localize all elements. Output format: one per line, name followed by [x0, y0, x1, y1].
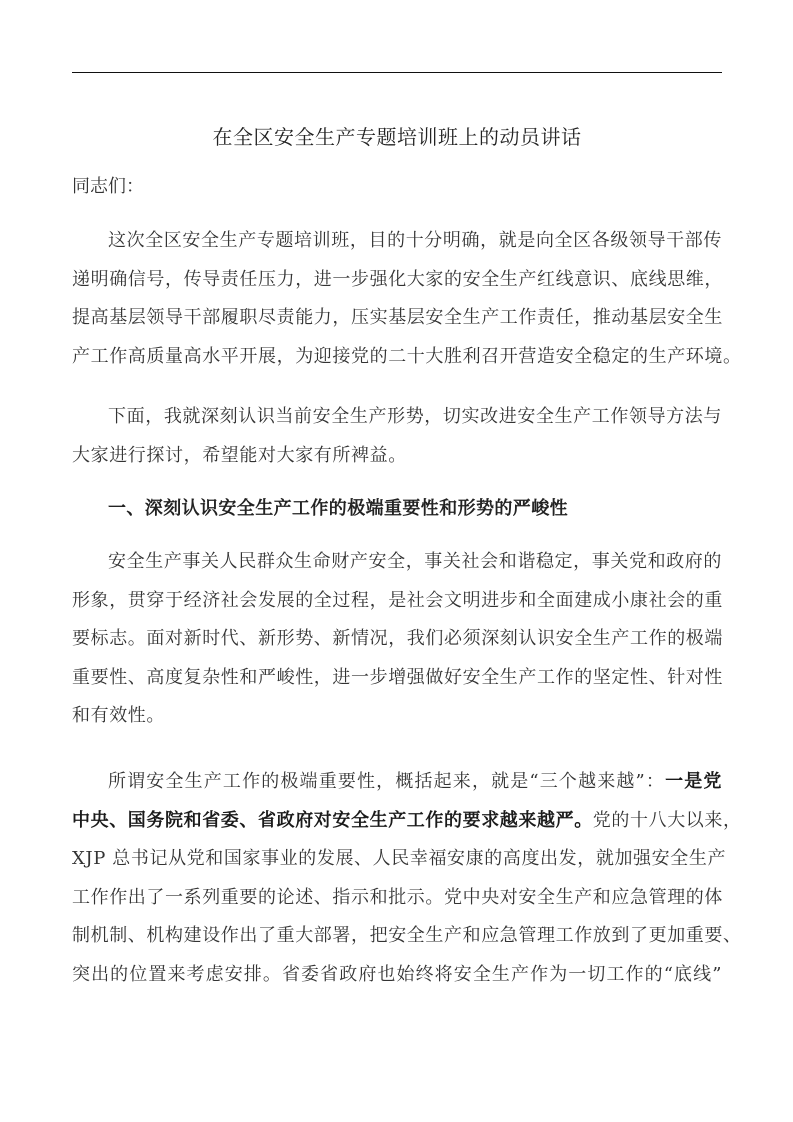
paragraph-3: 安全生产事关人民群众生命财产安全，事关社会和谐稳定，事关党和政府的 形象，贯穿于…: [72, 543, 722, 736]
paragraph-line: 重要性、高度复杂性和严峻性，进一步增强做好安全生产工作的坚定性、针对性: [72, 659, 722, 698]
paragraph-line: 下面，我就深刻认识当前安全生产形势，切实改进安全生产工作领导方法与: [72, 398, 722, 437]
paragraph-text: 党的十八大以来，: [593, 810, 742, 831]
paragraph-line: 突出的位置来考虑安排。省委省政府也始终将安全生产作为一切工作的“底线”: [72, 956, 722, 995]
emphasis-text: 一是党: [665, 771, 722, 792]
paragraph-line: 这次全区安全生产专题培训班，目的十分明确，就是向全区各级领导干部传: [72, 222, 722, 261]
paragraph-line: 提高基层领导干部履职尽责能力，压实基层安全生产工作责任，推动基层安全生: [72, 299, 722, 338]
document-page: 在全区安全生产专题培训班上的动员讲话 同志们： 这次全区安全生产专题培训班，目的…: [0, 0, 793, 1122]
paragraph-line: 递明确信号，传导责任压力，进一步强化大家的安全生产红线意识、底线思维，: [72, 261, 722, 300]
paragraph-line: 产工作高质量高水平开展，为迎接党的二十大胜利召开营造安全稳定的生产环境。: [72, 338, 722, 377]
paragraph-2: 下面，我就深刻认识当前安全生产形势，切实改进安全生产工作领导方法与 大家进行探讨…: [72, 398, 722, 475]
paragraph-text: 所谓安全生产工作的极端重要性，概括起来，就是“三个越来越”：: [108, 771, 665, 792]
paragraph-line: 大家进行探讨，希望能对大家有所裨益。: [72, 437, 722, 476]
paragraph-line: XJP 总书记从党和国家事业的发展、人民幸福安康的高度出发，就加强安全生产: [72, 840, 722, 879]
emphasis-text: 中央、国务院和省委、省政府对安全生产工作的要求越来越严。: [72, 810, 593, 831]
document-title: 在全区安全生产专题培训班上的动员讲话: [72, 124, 722, 150]
paragraph-line: 工作作出了一系列重要的论述、指示和批示。党中央对安全生产和应急管理的体: [72, 879, 722, 918]
paragraph-line: 形象，贯穿于经济社会发展的全过程，是社会文明进步和全面建成小康社会的重: [72, 582, 722, 621]
section-heading: 一、深刻认识安全生产工作的极端重要性和形势的严峻性: [108, 497, 568, 521]
paragraph-line: 要标志。面对新时代、新形势、新情况，我们必须深刻认识安全生产工作的极端: [72, 620, 722, 659]
paragraph-line: 制机制、机构建设作出了重大部署，把安全生产和应急管理工作放到了更加重要、: [72, 917, 722, 956]
paragraph-line: 安全生产事关人民群众生命财产安全，事关社会和谐稳定，事关党和政府的: [72, 543, 722, 582]
paragraph-line: 中央、国务院和省委、省政府对安全生产工作的要求越来越严。党的十八大以来，: [72, 802, 722, 841]
paragraph-line: 和有效性。: [72, 697, 722, 736]
header-rule: [72, 72, 722, 73]
paragraph-4: 所谓安全生产工作的极端重要性，概括起来，就是“三个越来越”：一是党 中央、国务院…: [72, 763, 722, 994]
paragraph-1: 这次全区安全生产专题培训班，目的十分明确，就是向全区各级领导干部传 递明确信号，…: [72, 222, 722, 376]
paragraph-line: 所谓安全生产工作的极端重要性，概括起来，就是“三个越来越”：一是党: [72, 763, 722, 802]
salutation: 同志们：: [72, 175, 144, 199]
